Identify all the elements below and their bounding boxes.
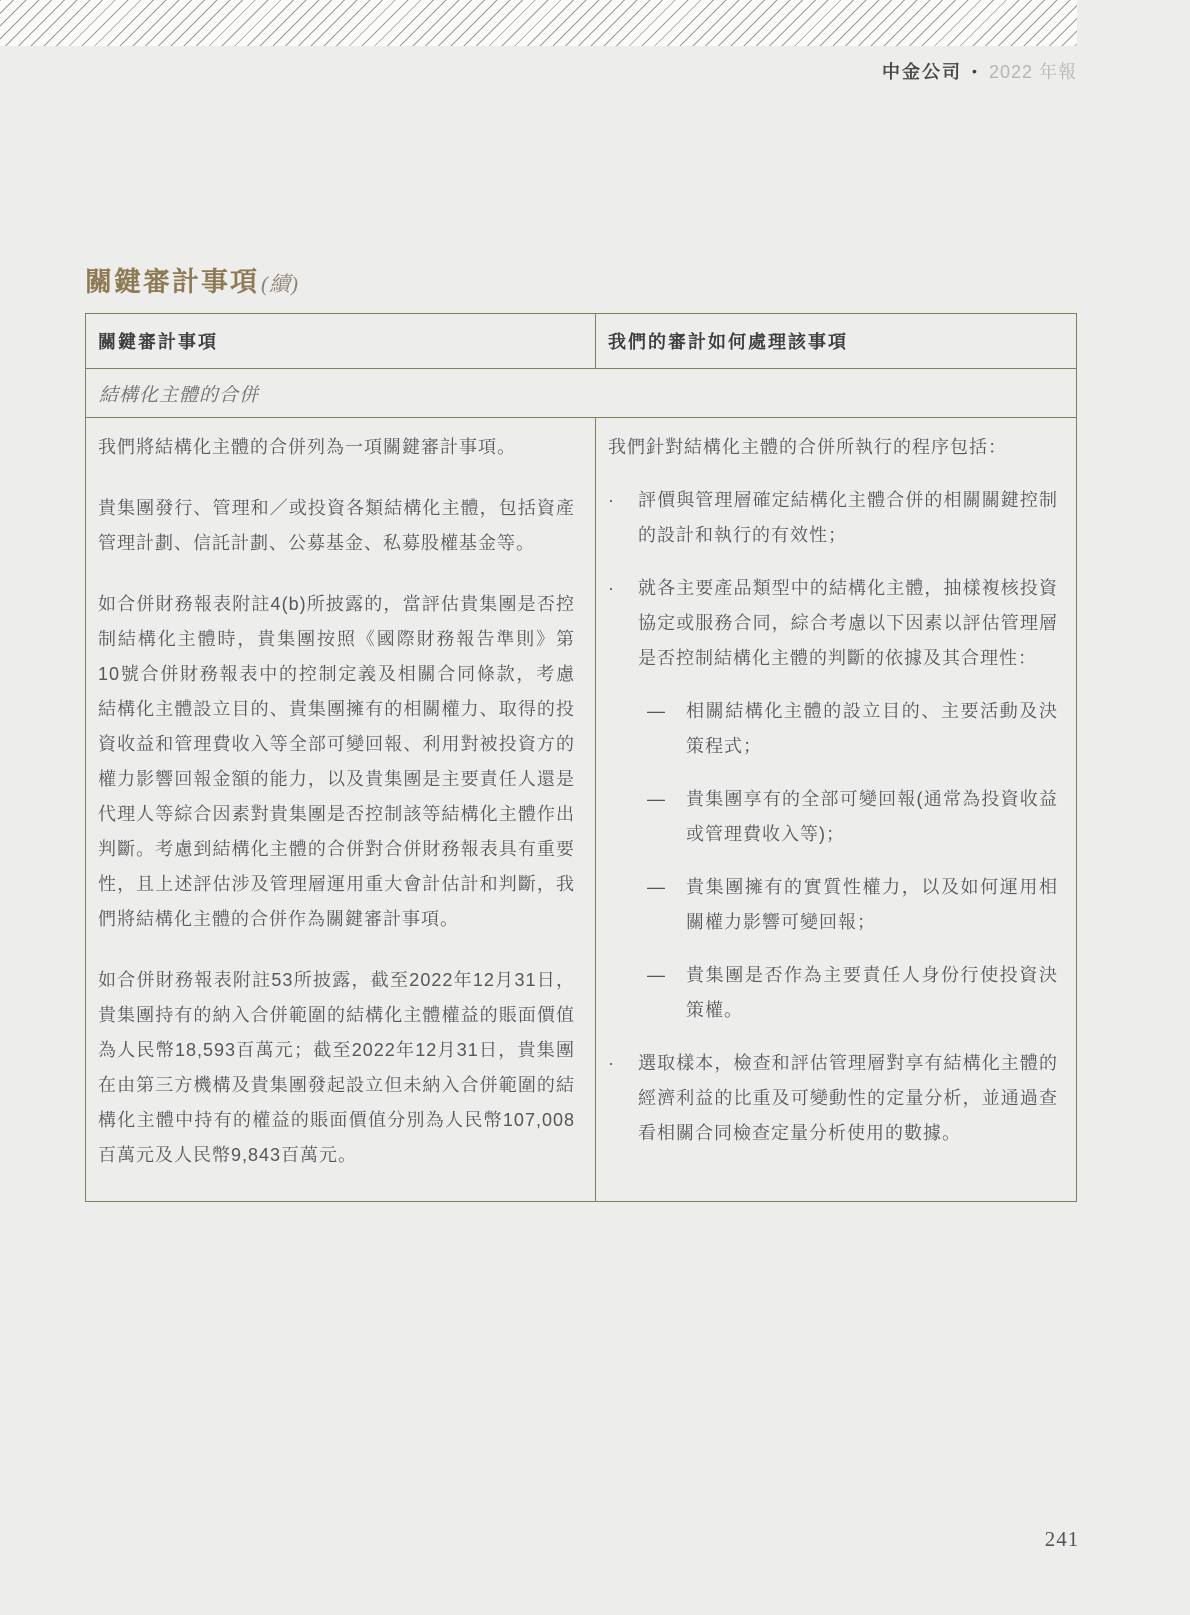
running-header: 中金公司 • 2022 年報: [882, 58, 1077, 84]
paragraph-4: 如合併財務報表附註53所披露，截至2022年12月31日，貴集團持有的納入合併範…: [98, 963, 575, 1173]
bullet-text: 選取樣本，檢查和評估管理層對享有結構化主體的經濟利益的比重及可變動性的定量分析，…: [638, 1046, 1058, 1151]
bullet-text: 評價與管理層確定結構化主體合併的相關關鍵控制的設計和執行的有效性；: [638, 483, 1058, 553]
section-title: 結構化主體的合併: [99, 380, 259, 407]
dash-marker: —: [647, 782, 686, 852]
key-audit-matters-table: 關鍵審計事項 我們的審計如何處理該事項 結構化主體的合併 我們將結構化主體的合併…: [85, 313, 1077, 1202]
sub-bullet-item-3: — 貴集團擁有的實質性權力，以及如何運用相關權力影響可變回報；: [647, 870, 1058, 940]
paragraph-3: 如合併財務報表附註4(b)所披露的，當評估貴集團是否控制結構化主體時，貴集團按照…: [98, 587, 575, 937]
sub-bullet-item-2: — 貴集團享有的全部可變回報(通常為投資收益或管理費收入等)；: [647, 782, 1058, 852]
key-audit-matter-cell: 我們將結構化主體的合併列為一項關鍵審計事項。 貴集團發行、管理和／或投資各類結構…: [86, 418, 595, 1201]
procedures-intro: 我們針對結構化主體的合併所執行的程序包括：: [608, 430, 1058, 465]
page-title: 關鍵審計事項(續): [85, 260, 299, 299]
bullet-text: 就各主要產品類型中的結構化主體，抽樣複核投資協定或服務合同，綜合考慮以下因素以評…: [638, 571, 1058, 676]
sub-bullet-item-4: — 貴集團是否作為主要責任人身份行使投資決策權。: [647, 958, 1058, 1028]
report-edition: 2022 年報: [989, 58, 1077, 84]
column-header-audit-response: 我們的審計如何處理該事項: [595, 314, 1076, 368]
bullet-item-3: · 選取樣本，檢查和評估管理層對享有結構化主體的經濟利益的比重及可變動性的定量分…: [608, 1046, 1058, 1151]
bullet-marker: ·: [608, 1046, 638, 1151]
sub-bullet-text: 相關結構化主體的設立目的、主要活動及決策程式；: [686, 694, 1058, 764]
sub-bullet-text: 貴集團是否作為主要責任人身份行使投資決策權。: [686, 958, 1058, 1028]
page-title-suffix: (續): [261, 272, 299, 296]
paragraph-1: 我們將結構化主體的合併列為一項關鍵審計事項。: [98, 430, 575, 465]
column-header-key-audit-matter: 關鍵審計事項: [86, 314, 595, 368]
dash-marker: —: [647, 958, 686, 1028]
company-name: 中金公司: [882, 58, 962, 84]
bullet-marker: ·: [608, 571, 638, 676]
table-header-row: 關鍵審計事項 我們的審計如何處理該事項: [86, 314, 1076, 368]
page-title-main: 關鍵審計事項: [85, 267, 259, 297]
sub-bullet-text: 貴集團擁有的實質性權力，以及如何運用相關權力影響可變回報；: [686, 870, 1058, 940]
dash-marker: —: [647, 870, 686, 940]
bullet-item-1: · 評價與管理層確定結構化主體合併的相關關鍵控制的設計和執行的有效性；: [608, 483, 1058, 553]
bullet-item-2: · 就各主要產品類型中的結構化主體，抽樣複核投資協定或服務合同，綜合考慮以下因素…: [608, 571, 1058, 676]
dash-marker: —: [647, 694, 686, 764]
page-number: 241: [1020, 1527, 1104, 1552]
sub-bullet-text: 貴集團享有的全部可變回報(通常為投資收益或管理費收入等)；: [686, 782, 1058, 852]
separator-dot: •: [972, 64, 979, 78]
sub-bullet-item-1: — 相關結構化主體的設立目的、主要活動及決策程式；: [647, 694, 1058, 764]
decorative-hatch-band: [0, 0, 1077, 46]
table-body-row: 我們將結構化主體的合併列為一項關鍵審計事項。 貴集團發行、管理和／或投資各類結構…: [86, 417, 1076, 1201]
paragraph-2: 貴集團發行、管理和／或投資各類結構化主體，包括資產管理計劃、信託計劃、公募基金、…: [98, 491, 575, 561]
section-row: 結構化主體的合併: [86, 368, 1076, 417]
audit-response-cell: 我們針對結構化主體的合併所執行的程序包括： · 評價與管理層確定結構化主體合併的…: [595, 418, 1076, 1201]
annual-report-page: 中金公司 • 2022 年報 關鍵審計事項(續) 關鍵審計事項 我們的審計如何處…: [0, 0, 1190, 1615]
bullet-marker: ·: [608, 483, 638, 553]
